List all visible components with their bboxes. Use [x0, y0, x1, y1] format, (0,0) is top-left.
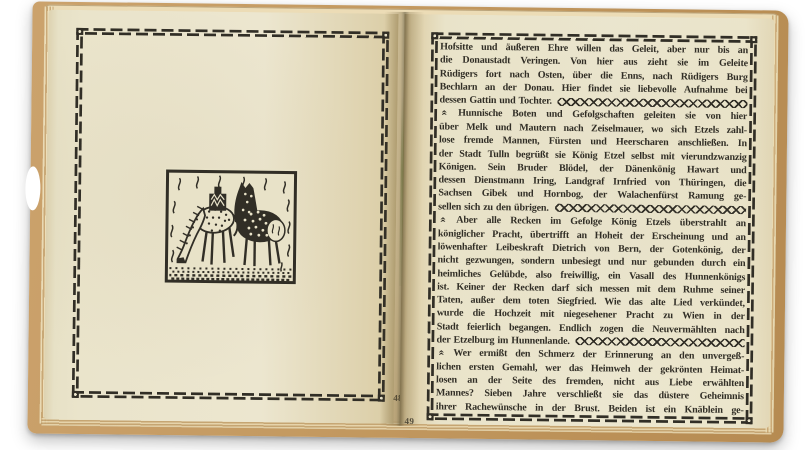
text-line: Mannes?SiebenJahreverschließtsiedasdüste… — [436, 388, 744, 403]
text-line: heimlichesGelübde,alsofreiwillig,einVasa… — [437, 268, 745, 283]
text-line: lichenerstenGemahl,werdasHeimwehdergekrö… — [436, 361, 744, 376]
woodcut-illustration — [162, 167, 299, 287]
paragraph-mark-icon: « — [437, 217, 449, 226]
border-top — [76, 28, 389, 39]
border-corner — [382, 32, 389, 39]
border-corner — [746, 417, 753, 424]
left-page-decorative-border: 48 — [72, 28, 389, 402]
right-page-decorative-border: HofsitteundäußerenEhrewillendasGeleit,ab… — [427, 32, 758, 424]
text-line: derStadtTullnbegrüßtsieKönigEtzelselbstm… — [439, 148, 747, 163]
text-line: nichtgezwungen,sondernunbesiegtundnurgeb… — [437, 255, 745, 270]
text-line: dessenGattinundTochter. — [439, 94, 747, 109]
text-line: Stadtfeierlichbegangen.EndlichzogendieNe… — [437, 321, 745, 336]
border-corner — [378, 395, 385, 402]
zigzag-ornament — [558, 97, 748, 107]
text-line: dessenDienstmannIring,LandgrafIrnfriedvo… — [438, 175, 746, 190]
zigzag-ornament — [576, 337, 745, 347]
paragraph-mark-icon: « — [438, 110, 450, 119]
text-line: SachsenGibekundHornbog,derWalachenfürstR… — [438, 188, 746, 203]
text-line: losenanderSeitedesfremden,nichtausLiebee… — [436, 374, 744, 389]
text-line: überMelkundMauternnachZeiselmauer,wosich… — [439, 121, 747, 136]
text-line: wurdedieHochzeitmitniegesehenerPrachtzuW… — [437, 308, 745, 323]
border-corner — [76, 28, 83, 35]
text-line: Königen.SeinBruderBlödel,derDänenkönigHa… — [439, 161, 747, 176]
text-line: dieDonaustadtVeringen.Vonhierausziehtsie… — [440, 55, 748, 70]
text-line: sellensichzudenübrigen. — [438, 201, 746, 216]
border-left — [72, 28, 84, 398]
text-line: «WerermißtdenSchmerzderErinnerungandenun… — [436, 347, 744, 362]
border-corner — [750, 36, 757, 43]
text-line: ist.KeinerderReckendarfsichmessenmitdemR… — [437, 281, 745, 296]
text-line: «HunnischeBotenundGefolgschaftengeleiten… — [439, 108, 747, 123]
text-line: derEtzelburgimHunnenlande. — [436, 334, 744, 349]
right-page: HofsitteundäußerenEhrewillendasGeleit,ab… — [400, 14, 775, 428]
text-block: HofsitteundäußerenEhrewillendasGeleit,ab… — [436, 41, 749, 416]
left-page: 48 — [44, 10, 399, 424]
text-line: losefremdeMannen,FürstenundHeerscharenan… — [439, 135, 747, 150]
text-line: HofsitteundäußerenEhrewillendasGeleit,ab… — [440, 41, 748, 56]
text-line: «AberalleReckenimGefolgeKönigEtzelsübers… — [438, 214, 746, 229]
border-corner — [72, 391, 79, 398]
zigzag-ornament — [555, 204, 747, 214]
border-corner — [427, 413, 434, 420]
text-line: Taten,außerdemtotenSiegfried.WiedasalteL… — [437, 294, 745, 309]
open-book: 48 HofsitteundäußerenEhrewillendasGeleit… — [27, 1, 788, 442]
border-right — [378, 32, 390, 402]
page-number-right: 49 — [405, 416, 415, 426]
border-corner — [431, 32, 438, 39]
text-line: löwenhafterLeibeskraftDietrichvonBern,de… — [438, 241, 746, 256]
paragraph-mark-icon: « — [436, 350, 447, 359]
text-line: königlicherPracht,übertrifftanHoheitderE… — [438, 228, 746, 243]
text-line: BechlarnanderDonau.Hierfindetsieliebevol… — [440, 81, 748, 96]
text-line: RüdigersfortnachOsten,überdieEnns,nachRü… — [440, 68, 748, 83]
border-bottom — [72, 391, 385, 402]
